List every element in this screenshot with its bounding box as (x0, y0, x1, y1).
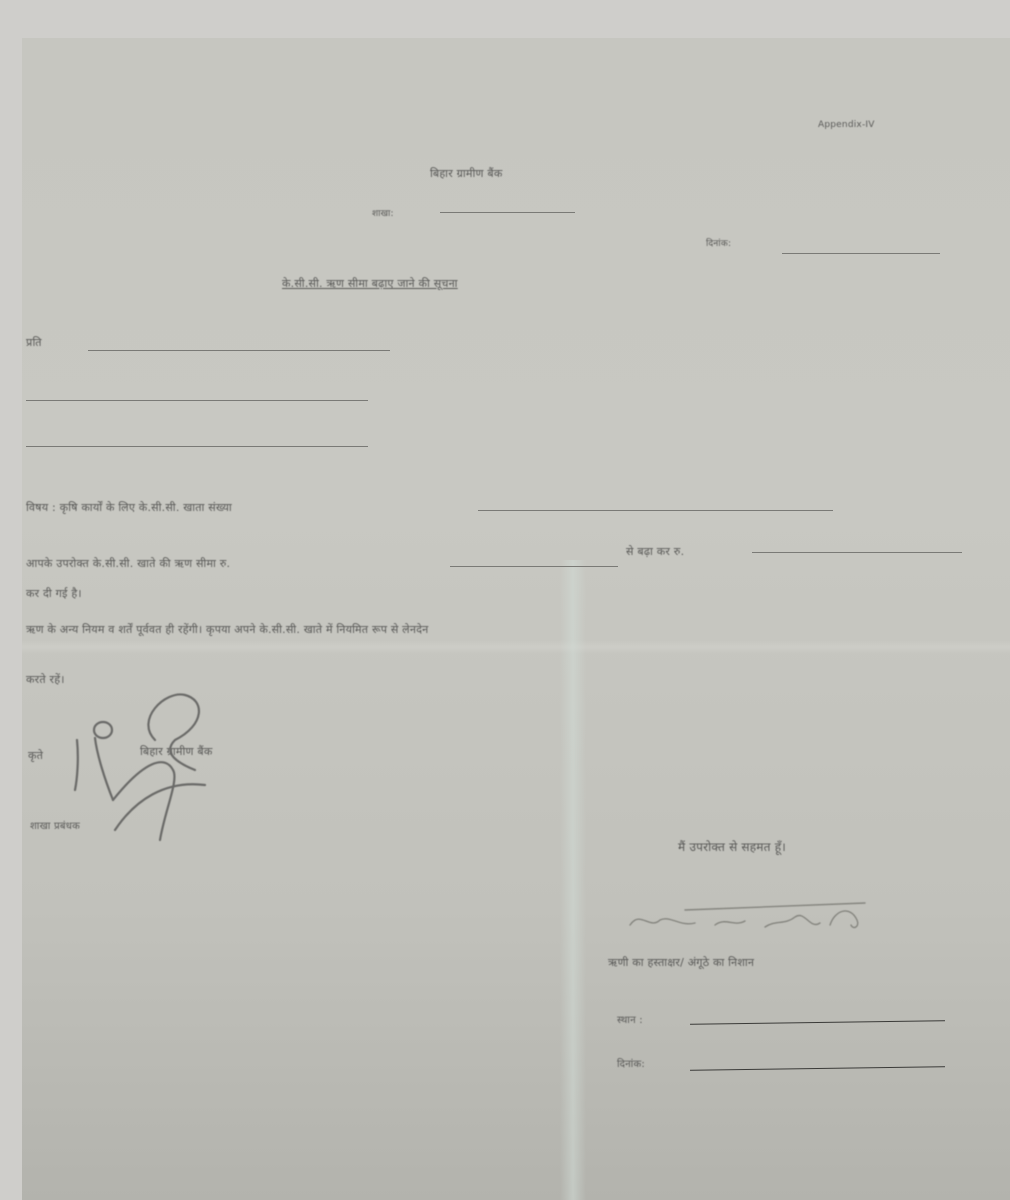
bank-name: बिहार ग्रामीण बैंक (430, 166, 502, 181)
bank-manager-signature (55, 680, 235, 850)
addressee-line-1 (88, 350, 390, 351)
paper-fold-vertical (560, 560, 586, 1200)
subject-line: विषय : कृषि कार्यों के लिए के.सी.सी. खात… (26, 500, 232, 515)
addressee-label: प्रति (26, 335, 42, 350)
account-number-line (478, 510, 833, 511)
appendix-label: Appendix-IV (818, 120, 875, 130)
date-label: दिनांक: (706, 236, 731, 249)
branch-label: शाखा: (372, 206, 394, 219)
old-limit-line (450, 566, 618, 567)
addressee-line-2 (26, 400, 368, 401)
branch-field-line (440, 212, 575, 213)
date-field-line (782, 253, 940, 254)
body-line-2: कर दी गई है। (26, 586, 82, 601)
place-label: स्थान : (617, 1012, 643, 1026)
bank-sign-prefix: कृते (28, 748, 43, 763)
body-line-1a: आपके उपरोक्त के.सी.सी. खाते की ऋण सीमा र… (26, 556, 230, 571)
new-limit-line (752, 552, 962, 553)
borrower-sign-label: ऋणी का हस्ताक्षर/ अंगूठे का निशान (608, 955, 754, 970)
agreement-text: मैं उपरोक्त से सहमत हूँ। (678, 838, 786, 855)
paper-fold-horizontal (22, 640, 1010, 654)
branch-manager-label: शाखा प्रबंधक (30, 818, 80, 832)
subject-heading: के.सी.सी. ऋण सीमा बढ़ाए जाने की सूचना (282, 276, 458, 291)
body-line-3: ऋण के अन्य नियम व शर्तें पूर्ववत ही रहें… (26, 622, 428, 637)
body-line-1b: से बढ़ा कर रु. (626, 544, 684, 559)
date-label-2: दिनांक: (617, 1056, 645, 1070)
addressee-line-3 (26, 446, 368, 447)
borrower-signature (625, 895, 875, 940)
